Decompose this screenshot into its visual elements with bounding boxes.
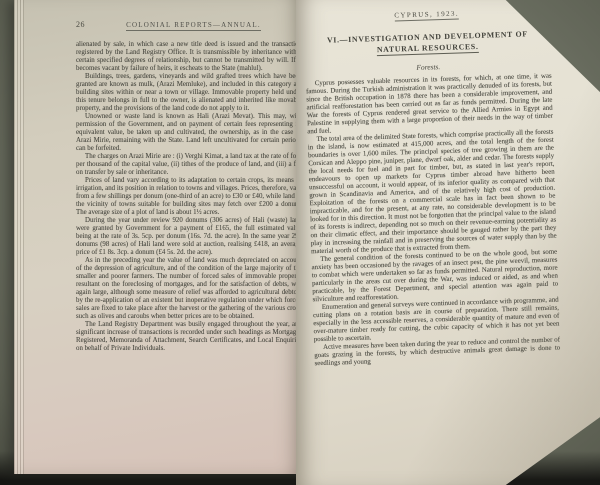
paragraph: The charges on Arazi Mirie are : (i) Ver… (76, 153, 302, 177)
left-page-text: alienated by sale, in which case a new t… (76, 41, 302, 353)
right-page-text: Cyprus possesses valuable resources in i… (306, 72, 561, 368)
right-page-number: 27 (540, 16, 548, 25)
left-page-header: 26 COLONIAL REPORTS—ANNUAL. (76, 20, 302, 29)
right-running-head: CYPRUS, 1923. (304, 7, 550, 23)
left-page: 26 COLONIAL REPORTS—ANNUAL. alienated by… (14, 0, 304, 474)
left-page-number: 26 (76, 20, 85, 29)
paragraph: As in the preceding year the value of la… (76, 257, 302, 321)
paragraph: The total area of the delimited State fo… (307, 128, 557, 256)
paragraph: alienated by sale, in which case a new t… (76, 41, 302, 73)
left-running-head: COLONIAL REPORTS—ANNUAL. (85, 21, 302, 29)
paragraph: Prices of land vary according to its ada… (76, 177, 302, 217)
paragraph: Buildings, trees, gardens, vineyards and… (76, 73, 302, 113)
section-heading-line2: NATURAL RESOURCES. (377, 42, 479, 56)
paragraph: The Land Registry Department was busily … (76, 321, 302, 353)
paragraph: The general condition of the forests con… (311, 248, 558, 304)
paragraph: During the year under review 920 donums … (76, 217, 302, 257)
paragraph: Cyprus possesses valuable resources in i… (306, 72, 554, 136)
right-page: CYPRUS, 1923. 27 VI.—INVESTIGATION AND D… (296, 0, 600, 485)
book-photo: 26 COLONIAL REPORTS—ANNUAL. alienated by… (0, 0, 600, 485)
section-heading: VI.—INVESTIGATION AND DEVELOPMENT OF NAT… (304, 28, 551, 58)
section-heading-line1: VI.—INVESTIGATION AND DEVELOPMENT OF (327, 29, 528, 44)
paragraph: Unowned or waste land is known as Hali (… (76, 113, 302, 153)
